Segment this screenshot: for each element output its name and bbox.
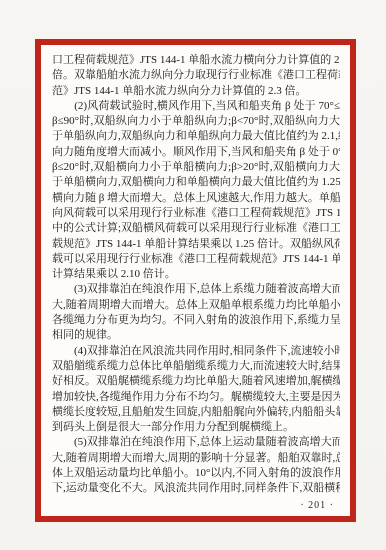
text-line: 中的公式计算;双船横风荷载可以采用现行行业标准《港口工程荷 [52,221,340,236]
text-line: 于单船横向力,双船横向力和单船横向力最大值比值约为 1.25, [52,175,340,190]
text-line: 下,运动量变化不大。风浪流共同作用时,同样条件下,双船横移、 [52,481,340,496]
scanned-book-page: 口工程荷载规范》JTS 144-1 单船水流力横向分力计算值的 2.0倍。双靠船… [0,0,386,550]
text-line: 计算结果乘以 2.10 倍计。 [52,267,340,282]
text-line: 体上双船运动量均比单船小。10°以内,不同入射角的波浪作用 [52,466,340,481]
text-line: 载规范》JTS 144-1 单船计算结果乘以 1.25 倍计。双船纵风荷 [52,237,340,252]
text-line: 载可以采用现行行业标准《港口工程荷载规范》JTS 144-1 单船 [52,252,340,267]
text-line: 双船艏缆系缆力总体比单船艏缆系缆力大,而流速较大时,结果正 [52,359,340,374]
text-line: (5)双排靠泊在纯浪作用下,总体上运动量随着波高增大而增 [52,435,340,450]
text-line: 增加较快,各缆绳作用力分布不均匀。艉横缆较大,主要是因为艉 [52,390,340,405]
text-line: 于单船纵向力,双船纵向力和单船纵向力最大值比值约为 2.1,纵 [52,129,340,144]
text-line: 向风荷载可以采用现行行业标准《港口工程荷载规范》JTS 144-1 [52,206,340,221]
text-line: (3)双排靠泊在纯浪作用下,总体上系缆力随着波高增大而增 [52,282,340,297]
page-number: · 201 · [52,499,340,513]
text-line: 横向力随 β 增大而增大。总体上风速越大,作用力越大。单船横 [52,191,340,206]
text-line: 横缆长度较短,且船舶发生回旋,内船船艉向外偏转,内船船头靠 [52,405,340,420]
text-line: 向力随角度增大而减小。顺风作用下,当风和船夹角 β 处于 0°≤ [52,145,340,160]
text-line: 各缆绳力分布更为均匀。不同入射角的波浪作用下,系缆力呈现 [52,313,340,328]
text-line: 大,随着周期增大而增大。总体上双船单根系缆力均比单船小,且 [52,298,340,313]
text-line: β≤20°时,双船横向力小于单船横向力;β>20°时,双船横向力大 [52,160,340,175]
text-line: 倍。双靠船舶水流力纵向分力取现行行业标准《港口工程荷载规 [52,68,340,83]
text-line: 相同的规律。 [52,328,340,343]
text-line: 好相反。双船艉横缆系缆力均比单船大,随着风速增加,艉横缆力 [52,374,340,389]
text-line: 口工程荷载规范》JTS 144-1 单船水流力横向分力计算值的 2.0 [52,53,340,68]
text-line: 到码头上倒是很大一部分作用力分配到艉横缆上。 [52,420,340,435]
page-border-frame: 口工程荷载规范》JTS 144-1 单船水流力横向分力计算值的 2.0倍。双靠船… [35,39,356,522]
text-line: 范》JTS 144-1 单船水流力纵向分力计算值的 2.3 倍。 [52,84,340,99]
text-line: β≤90°时,双船纵向力小于单船纵向力;β<70°时,双船纵向力大 [52,114,340,129]
text-line: 大,随着周期增大而增大,周期的影响十分显著。船舶双靠时,总 [52,451,340,466]
page-text: 口工程荷载规范》JTS 144-1 单船水流力横向分力计算值的 2.0倍。双靠船… [52,53,340,497]
text-line: (2)风荷载试验时,横风作用下,当风和船夹角 β 处于 70°≤ [52,99,340,114]
text-line: (4)双排靠泊在风浪流共同作用时,相同条件下,流速较小时, [52,344,340,359]
